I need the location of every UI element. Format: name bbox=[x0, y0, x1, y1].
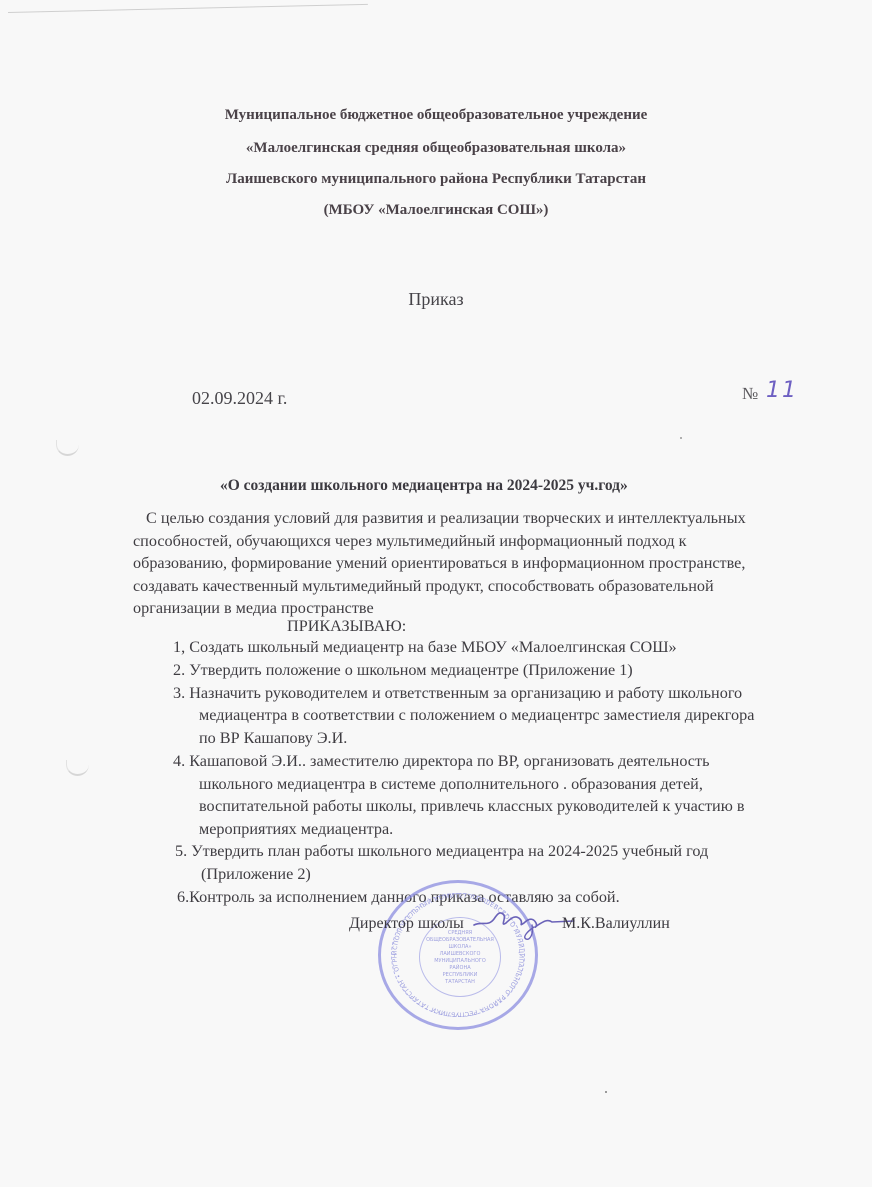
order-item-1: 1, Создать школьный медиацентр на базе М… bbox=[173, 638, 677, 657]
order-number-label: № bbox=[742, 384, 758, 404]
signatory-name: М.К.Валиуллин bbox=[562, 915, 670, 933]
order-item-4: 4. Кашаповой Э.И.. заместителю директора… bbox=[173, 752, 709, 771]
order-item-4-continuation: школьного медиацентра в системе дополнит… bbox=[199, 775, 703, 794]
preamble-line: С целью создания условий для развития и … bbox=[146, 509, 746, 528]
order-item-3-continuation: по ВР Кашапову Э.И. bbox=[199, 729, 347, 748]
order-item-5: 5. Утвердить план работы школьного медиа… bbox=[175, 842, 708, 861]
paper-edge bbox=[8, 0, 368, 13]
directive-heading: ПРИКАЗЫВАЮ: bbox=[287, 617, 406, 636]
order-item-3: 3. Назначить руководителем и ответственн… bbox=[173, 684, 742, 703]
punch-hole-mark bbox=[56, 440, 79, 456]
scanned-page: Муниципальное бюджетное общеобразователь… bbox=[0, 0, 872, 1190]
institution-name-line: Муниципальное бюджетное общеобразователь… bbox=[0, 107, 872, 124]
preamble-line: способностей, обучающихся через мультиме… bbox=[133, 532, 687, 551]
signatory-title: Директор школы bbox=[349, 915, 464, 933]
order-item-2: 2. Утвердить положение о школьном медиац… bbox=[173, 661, 633, 680]
school-abbreviation-line: (МБОУ «Малоелгинская СОШ») bbox=[0, 202, 872, 219]
order-item-5-continuation: (Приложение 2) bbox=[201, 865, 311, 884]
order-date: 02.09.2024 г. bbox=[192, 388, 287, 409]
official-seal: ИСПОЛНИТЕЛЬНЫЙ КОМИТЕТ ЛАИШЕВСКОГО МУНИЦ… bbox=[378, 880, 538, 1030]
preamble-line: образованию, формирование умений ориенти… bbox=[133, 554, 745, 573]
order-item-4-continuation: воспитательной работы школы, привлечь кл… bbox=[199, 797, 744, 816]
scan-bottom-edge bbox=[0, 1187, 872, 1200]
scan-speck bbox=[680, 437, 682, 439]
order-subject: «О создании школьного медиацентра на 202… bbox=[220, 477, 628, 495]
order-title: Приказ bbox=[0, 289, 872, 310]
district-line: Лаишевского муниципального района Респуб… bbox=[0, 171, 872, 188]
order-item-3-continuation: медиацентра в соответствии с положением … bbox=[199, 706, 754, 725]
order-item-4-continuation: мероприятиях медиацентра. bbox=[199, 820, 393, 839]
preamble-line: создавать качественный мультимедийный пр… bbox=[133, 577, 714, 596]
order-number-handwritten: 11 bbox=[766, 378, 798, 403]
scan-speck bbox=[605, 1091, 607, 1093]
preamble-line: организации в медиа пространстве bbox=[133, 599, 374, 618]
school-name-line: «Малоелгинская средняя общеобразовательн… bbox=[0, 140, 872, 157]
punch-hole-mark bbox=[66, 760, 89, 776]
